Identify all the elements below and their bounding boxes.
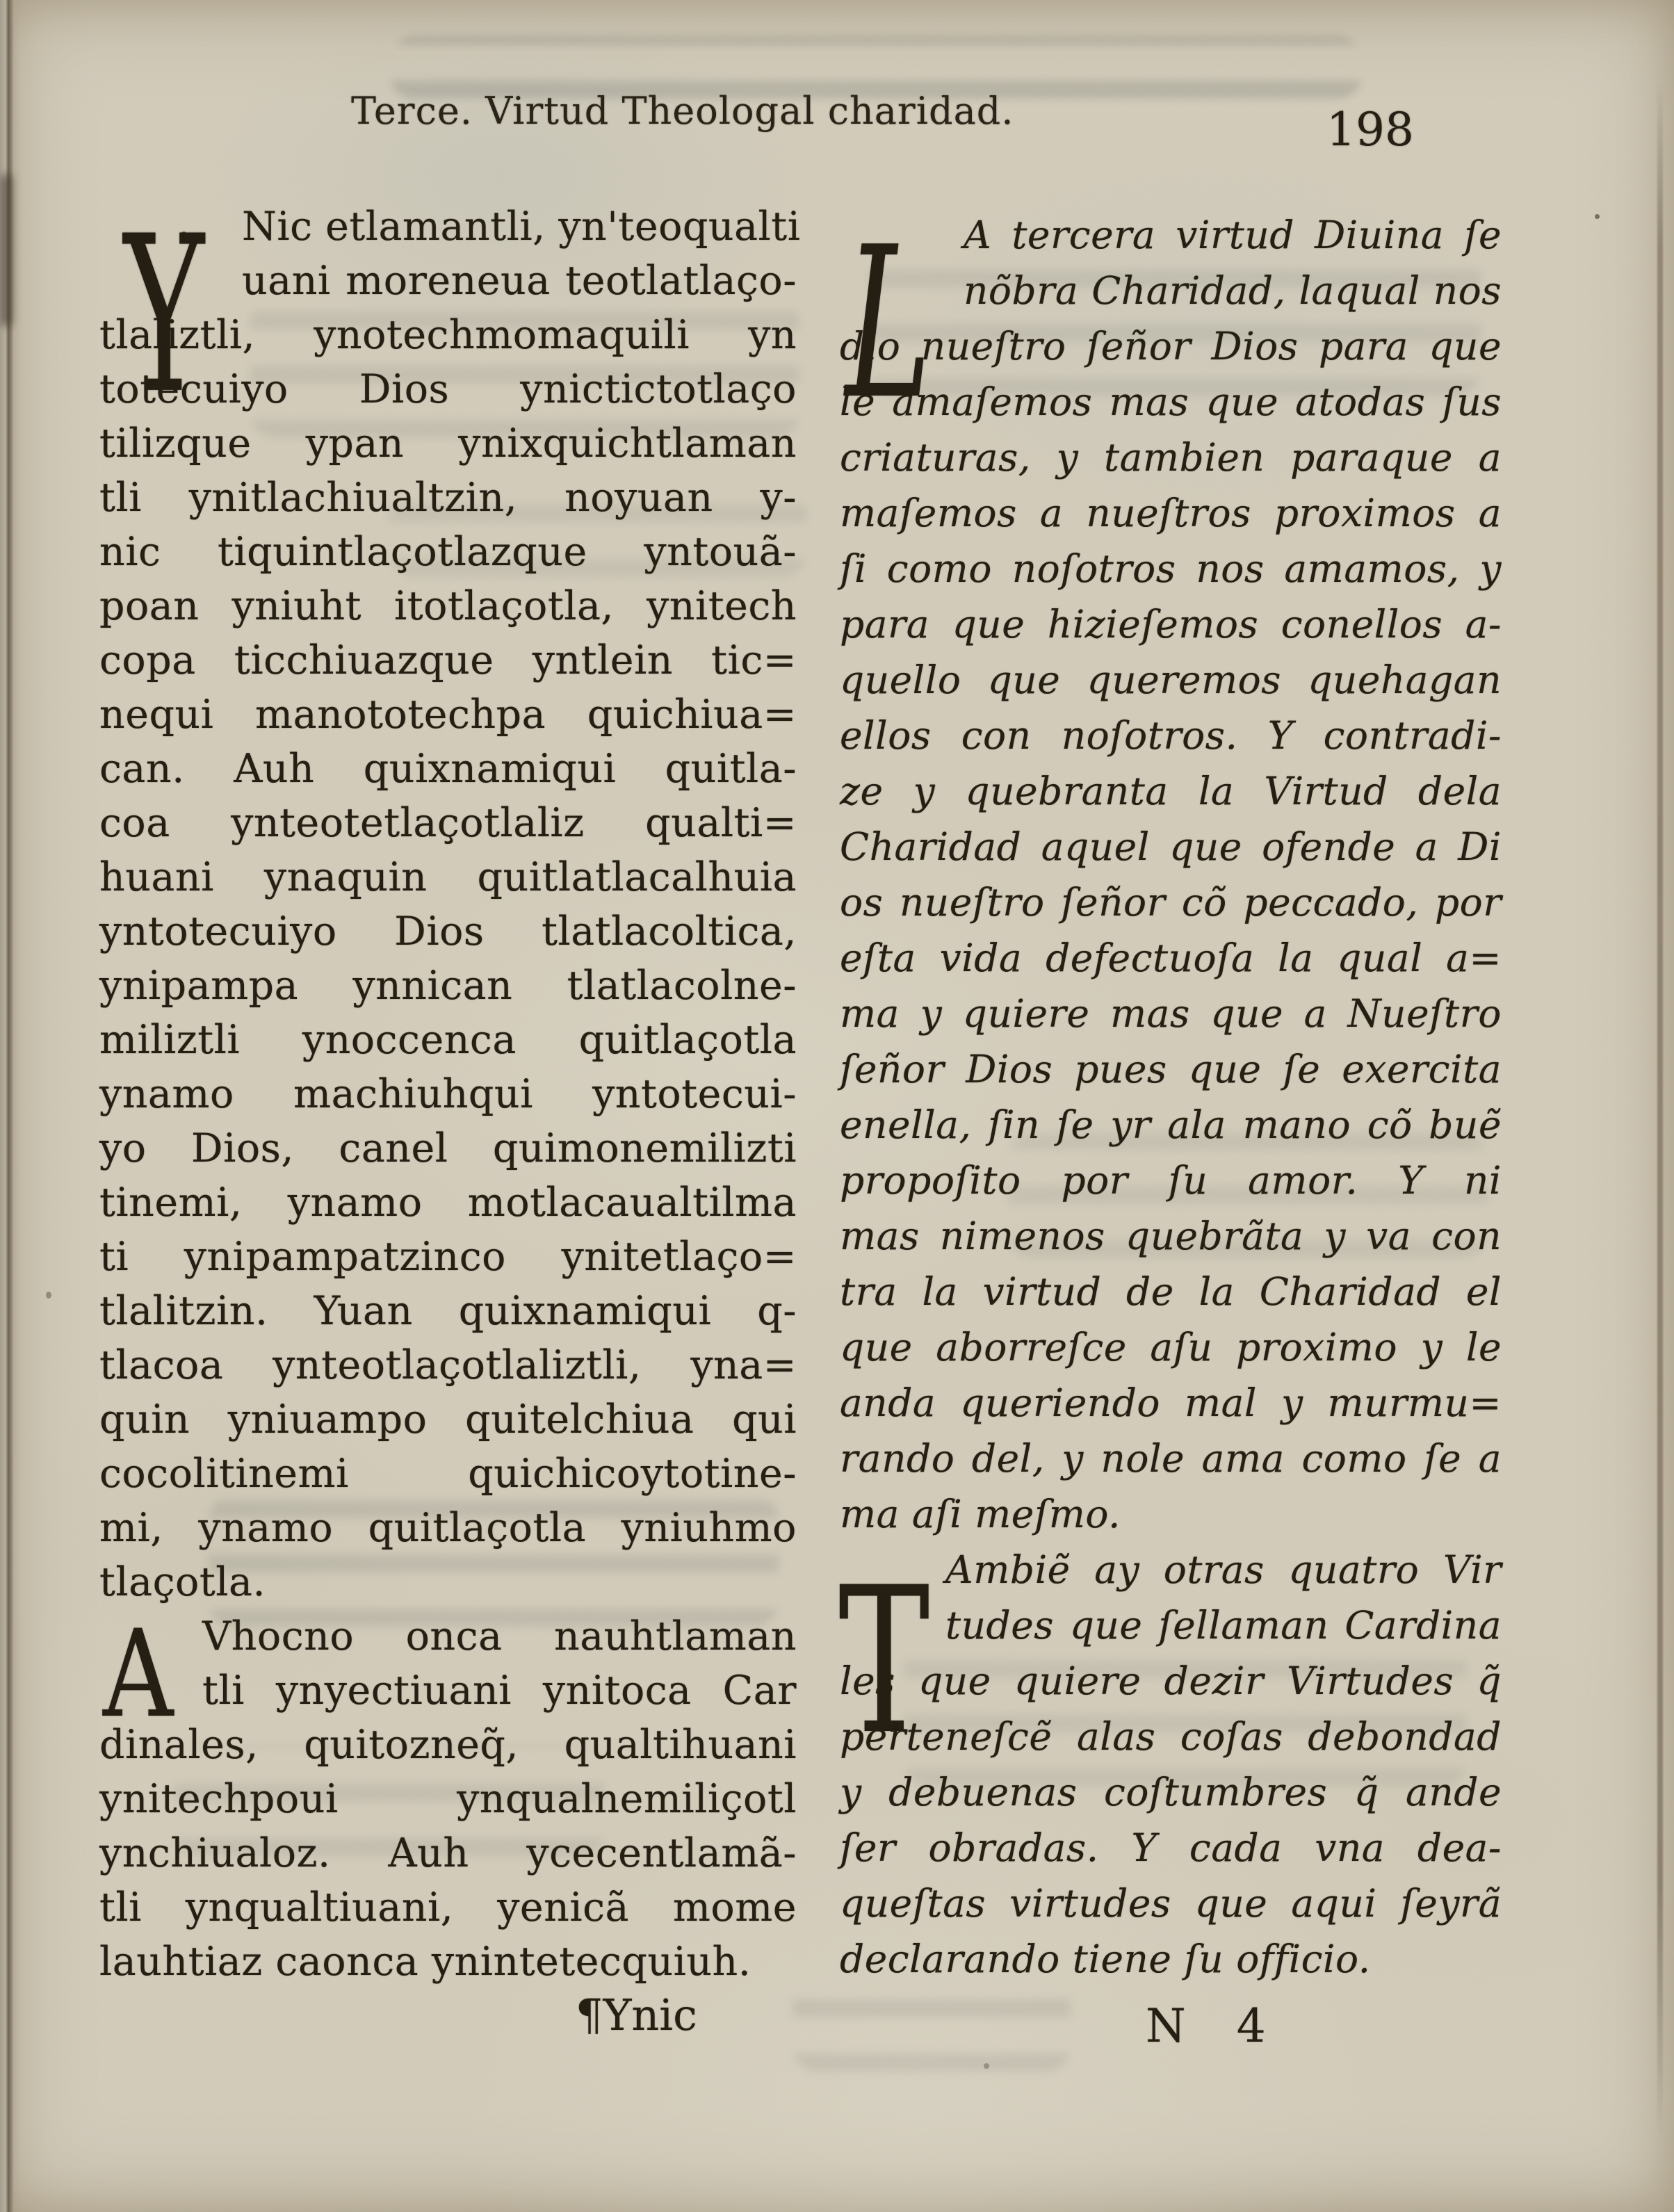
text-line: ma aſi meſmo. <box>840 1486 1502 1542</box>
left-column: Nic etlamantli, yn'teoqualti uani morene… <box>99 200 797 1989</box>
text-line: lauhtiaz caonca ynintetecquiuh. <box>99 1935 797 1989</box>
text-line: ynipampa ynnican tlatlacolne- <box>99 959 797 1013</box>
text-line: uani moreneua teotlatlaço- <box>99 254 797 308</box>
text-line: huani ynaquin quitlatlacalhuia <box>99 850 797 904</box>
text-line: rando del, y nole ama como ſe a <box>840 1431 1502 1486</box>
text-line: nequi manototechpa quichiua= <box>99 688 797 742</box>
text-line: ſer obradas. Y cada vna dea- <box>840 1820 1502 1876</box>
text-line: Nic etlamantli, yn'teoqualti <box>99 200 797 254</box>
text-line: Ambiẽ ay otras quatro Vir <box>840 1542 1502 1597</box>
text-line: Vhocno onca nauhtlaman <box>99 1609 797 1664</box>
text-line: nic tiquintlaçotlazque yntouã- <box>99 525 797 579</box>
text-line: ynitechpoui ynqualnemiliçotl <box>99 1772 797 1826</box>
text-line: ſeñor Dios pues que ſe exercita <box>840 1041 1502 1097</box>
signature-mark: N 4 <box>1146 1999 1266 2053</box>
catchword: ¶Ynic <box>576 1990 697 2040</box>
text-line: tlaçotla. <box>99 1555 797 1609</box>
text-line: ynchiualoz. Auh ycecentlamã- <box>99 1826 797 1880</box>
text-line: tlalitzin. Yuan quixnamiqui q- <box>99 1284 797 1338</box>
right-column: A tercera virtud Diuina ſe nõbra Charida… <box>840 207 1502 1987</box>
text-line: tli ynitlachiualtzin, noyuan y- <box>99 471 797 525</box>
text-line: ma y quiere mas que a Nueſtro <box>840 986 1502 1041</box>
text-line: anda queriendo mal y murmu= <box>840 1375 1502 1431</box>
ink-speck <box>46 1292 51 1299</box>
text-line: para que hizieſemos conellos a- <box>840 596 1502 652</box>
text-line: can. Auh quixnamiqui quitla- <box>99 742 797 796</box>
bleedthrough-smudge <box>793 1981 1071 2072</box>
text-line: eſta vida defectuoſa la qual a= <box>840 930 1502 986</box>
text-line: ſi como noſotros nos amamos, y <box>840 541 1502 596</box>
text-line: tlaliztli, ynotechmomaquili yn <box>99 308 797 362</box>
text-line: quello que queremos quehagan <box>840 652 1502 708</box>
text-line: que aborreſce aſu proximo y le <box>840 1319 1502 1375</box>
text-line: tinemi, ynamo motlacaualtilma <box>99 1176 797 1230</box>
text-line: tlacoa ynteotlaçotlaliztli, yna= <box>99 1338 797 1392</box>
text-line: quin yniuampo quitelchiua qui <box>99 1392 797 1447</box>
text-line: totecuiyo Dios ynictictotlaço <box>99 362 797 416</box>
text-line: propoſito por ſu amor. Y ni <box>840 1153 1502 1208</box>
text-line: enella, ſin ſe yr ala mano cõ buẽ <box>840 1097 1502 1153</box>
text-line: yo Dios, canel quimonemilizti <box>99 1121 797 1176</box>
ink-speck <box>984 2063 989 2069</box>
text-line: nõbra Charidad, laqual nos <box>840 263 1502 318</box>
text-line: tudes que ſellaman Cardina <box>840 1597 1502 1653</box>
text-line: Charidad aquel que ofende a Di <box>840 819 1502 875</box>
text-line: perteneſcẽ alas coſas debondad <box>840 1709 1502 1764</box>
text-line: declarando tiene ſu officio. <box>840 1931 1502 1987</box>
text-line: mi, ynamo quitlaçotla yniuhmo <box>99 1501 797 1555</box>
page-number: 198 <box>1326 103 1414 156</box>
text-line: maſemos a nueſtros proximos a <box>840 485 1502 541</box>
text-line: miliztli ynoccenca quitlaçotla <box>99 1013 797 1067</box>
text-line: ti ynipampatzinco ynitetlaço= <box>99 1230 797 1284</box>
text-line: tilizque ypan ynixquichtlaman <box>99 416 797 471</box>
text-line: copa ticchiuazque yntlein tic= <box>99 633 797 688</box>
text-line: dinales, quitozneq̃, qualtihuani <box>99 1718 797 1772</box>
binding-edge-blotch <box>0 174 13 327</box>
text-line: y debuenas coſtumbres q̃ ande <box>840 1764 1502 1820</box>
text-line: tli ynqualtiuani, yenicã mome <box>99 1880 797 1935</box>
book-page: Terce. Virtud Theologal charidad. 198 Y … <box>0 0 1674 2212</box>
text-line: dio nueſtro ſeñor Dios para que <box>840 318 1502 374</box>
running-header: Terce. Virtud Theologal charidad. <box>351 89 1014 133</box>
text-line: coa ynteotetlaçotlaliz qualti= <box>99 796 797 850</box>
text-line: poan yniuht itotlaçotla, ynitech <box>99 579 797 633</box>
page-edge-line <box>1657 83 1663 2134</box>
text-line: ze y quebranta la Virtud dela <box>840 763 1502 819</box>
binding-edge-shadow <box>0 0 21 2212</box>
text-line: yntotecuiyo Dios tlatlacoltica, <box>99 904 797 959</box>
text-line: les que quiere dezir Virtudes q̃ <box>840 1653 1502 1709</box>
text-line: os nueſtro ſeñor cõ peccado, por <box>840 875 1502 930</box>
text-line: cocolitinemi quichicoytotine- <box>99 1447 797 1501</box>
ink-speck <box>1595 214 1600 219</box>
text-line: le amaſemos mas que atodas ſus <box>840 374 1502 430</box>
text-line: criaturas, y tambien paraque a <box>840 430 1502 485</box>
text-line: tra la virtud de la Charidad el <box>840 1264 1502 1319</box>
text-line: tli ynyectiuani ynitoca Car <box>99 1664 797 1718</box>
text-line: mas nimenos quebrãta y va con <box>840 1208 1502 1264</box>
text-line: ellos con noſotros. Y contradi- <box>840 708 1502 763</box>
text-line: A tercera virtud Diuina ſe <box>840 207 1502 263</box>
text-line: queſtas virtudes que aqui ſeyrã <box>840 1876 1502 1931</box>
text-line: ynamo machiuhqui yntotecui- <box>99 1067 797 1121</box>
